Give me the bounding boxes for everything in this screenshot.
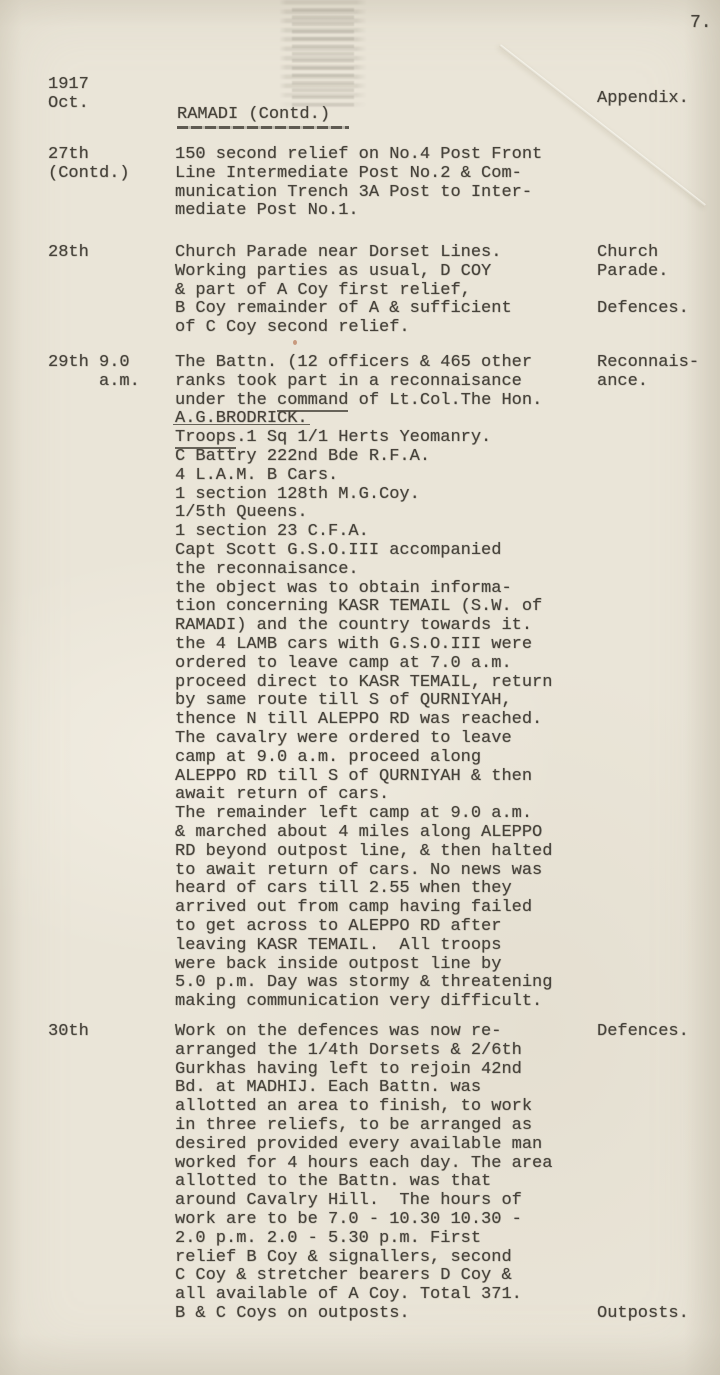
diary-line: RD beyond outpost line, & then halted [175, 843, 605, 862]
diary-line: the 4 LAMB cars with G.S.O.III were [175, 636, 605, 655]
diary-line: thence N till ALEPPO RD was reached. [175, 711, 605, 730]
diary-line: proceed direct to KASR TEMAIL, return [175, 674, 605, 693]
diary-line: The Battn. (12 officers & 465 other [175, 354, 605, 373]
diary-line: RAMADI) and the country towards it. [175, 617, 605, 636]
margin-note: ance. [597, 373, 648, 392]
diary-line: Capt Scott G.S.O.III accompanied [175, 542, 605, 561]
diary-line: arrived out from camp having failed [175, 899, 605, 918]
margin-note: Church [597, 244, 658, 263]
diary-line: heard of cars till 2.55 when they [175, 880, 605, 899]
diary-line: Troops.1 Sq 1/1 Herts Yeomanry. [175, 429, 605, 448]
diary-line: arranged the 1/4th Dorsets & 2/6th [175, 1042, 605, 1061]
diary-line: of C Coy second relief. [175, 319, 605, 338]
diary-line: Line Intermediate Post No.2 & Com- [175, 165, 605, 184]
diary-line: were back inside outpost line by [175, 956, 605, 975]
diary-line: ordered to leave camp at 7.0 a.m. [175, 655, 605, 674]
diary-line: allotted to the Battn. was that [175, 1173, 605, 1192]
month-label: Oct. [48, 95, 89, 114]
diary-line: leaving KASR TEMAIL. All troops [175, 937, 605, 956]
page-number: 7. [690, 14, 712, 33]
diary-line: Bd. at MADHIJ. Each Battn. was [175, 1079, 605, 1098]
entry-date: 30th [48, 1023, 89, 1042]
diary-line: Church Parade near Dorset Lines. [175, 244, 605, 263]
diary-line: ranks took part in a reconnaisance [175, 373, 605, 392]
diary-line: 1/5th Queens. [175, 504, 605, 523]
diary-line: The remainder left camp at 9.0 a.m. [175, 805, 605, 824]
entry-date-line: a.m. [48, 373, 140, 392]
entry-date: 28th [48, 244, 89, 263]
diary-line: to await return of cars. No news was [175, 862, 605, 881]
diary-line: B & C Coys on outposts. [175, 1305, 605, 1324]
entry-date-line: 27th [48, 146, 130, 165]
entry-body: 150 second relief on No.4 Post FrontLine… [175, 146, 605, 221]
diary-line: the object was to obtain informa- [175, 580, 605, 599]
margin-note: Defences. [597, 1023, 689, 1042]
diary-line: & part of A Coy first relief, [175, 282, 605, 301]
diary-line: C Battry 222nd Bde R.F.A. [175, 448, 605, 467]
section-heading: RAMADI (Contd.) [177, 106, 349, 129]
ink-speck [293, 340, 297, 345]
diary-line: Gurkhas having left to rejoin 42nd [175, 1061, 605, 1080]
document-page: 7. 1917 Oct. Appendix. RAMADI (Contd.) 2… [0, 0, 720, 1375]
diary-line: the reconnaisance. [175, 561, 605, 580]
year-label: 1917 [48, 76, 89, 95]
entry-body: Work on the defences was now re-arranged… [175, 1023, 605, 1324]
diary-line: tion concerning KASR TEMAIL (S.W. of [175, 598, 605, 617]
diary-line: 2.0 p.m. 2.0 - 5.30 p.m. First [175, 1230, 605, 1249]
diary-line: 1 section 128th M.G.Coy. [175, 486, 605, 505]
entry-date-year: 1917 Oct. [48, 76, 89, 114]
diary-line: A.G.BRODRICK. [175, 410, 605, 429]
diary-line: camp at 9.0 a.m. proceed along [175, 749, 605, 768]
diary-line: in three reliefs, to be arranged as [175, 1117, 605, 1136]
diary-line: C Coy & stretcher bearers D Coy & [175, 1267, 605, 1286]
diary-line: all available of A Coy. Total 371. [175, 1286, 605, 1305]
diary-line: & marched about 4 miles along ALEPPO [175, 824, 605, 843]
diary-line: 150 second relief on No.4 Post Front [175, 146, 605, 165]
diary-line: 1 section 23 C.F.A. [175, 523, 605, 542]
diary-line: 5.0 p.m. Day was stormy & threatening [175, 974, 605, 993]
diary-line: Work on the defences was now re- [175, 1023, 605, 1042]
margin-note: Parade. [597, 263, 668, 282]
diary-line: relief B Coy & signallers, second [175, 1249, 605, 1268]
diary-line: The cavalry were ordered to leave [175, 730, 605, 749]
diary-line: worked for 4 hours each day. The area [175, 1155, 605, 1174]
entry-date-line: 28th [48, 244, 89, 263]
diary-line: allotted an area to finish, to work [175, 1098, 605, 1117]
diary-line: await return of cars. [175, 786, 605, 805]
margin-note: Defences. [597, 300, 689, 319]
diary-line: making communication very difficult. [175, 993, 605, 1012]
diary-line: by same route till S of QURNIYAH, [175, 692, 605, 711]
struck-text: A.G.BRODRICK. [175, 409, 308, 428]
diary-line: Working parties as usual, D COY [175, 263, 605, 282]
diary-line: to get across to ALEPPO RD after [175, 918, 605, 937]
diary-line: around Cavalry Hill. The hours of [175, 1192, 605, 1211]
entry-date-line: 29th 9.0 [48, 354, 140, 373]
diary-line: munication Trench 3A Post to Inter- [175, 184, 605, 203]
diary-line: work are to be 7.0 - 10.30 10.30 - [175, 1211, 605, 1230]
diary-line: B Coy remainder of A & sufficient [175, 300, 605, 319]
entry-date-line: (Contd.) [48, 165, 130, 184]
appendix-label: Appendix. [597, 90, 689, 109]
margin-note: Outposts. [597, 1305, 689, 1324]
diary-line: ALEPPO RD till S of QURNIYAH & then [175, 768, 605, 787]
diary-line: 4 L.A.M. B Cars. [175, 467, 605, 486]
entry-date-line: 30th [48, 1023, 89, 1042]
bleedthrough-ghost-text [292, 6, 354, 110]
entry-date: 29th 9.0 a.m. [48, 354, 140, 392]
entry-date: 27th(Contd.) [48, 146, 130, 184]
diary-line: under the command of Lt.Col.The Hon. [175, 392, 605, 411]
margin-note: Reconnais- [597, 354, 699, 373]
entry-body: Church Parade near Dorset Lines.Working … [175, 244, 605, 338]
diary-line: mediate Post No.1. [175, 202, 605, 221]
diary-line: desired provided every available man [175, 1136, 605, 1155]
entry-body: The Battn. (12 officers & 465 otherranks… [175, 354, 605, 1012]
